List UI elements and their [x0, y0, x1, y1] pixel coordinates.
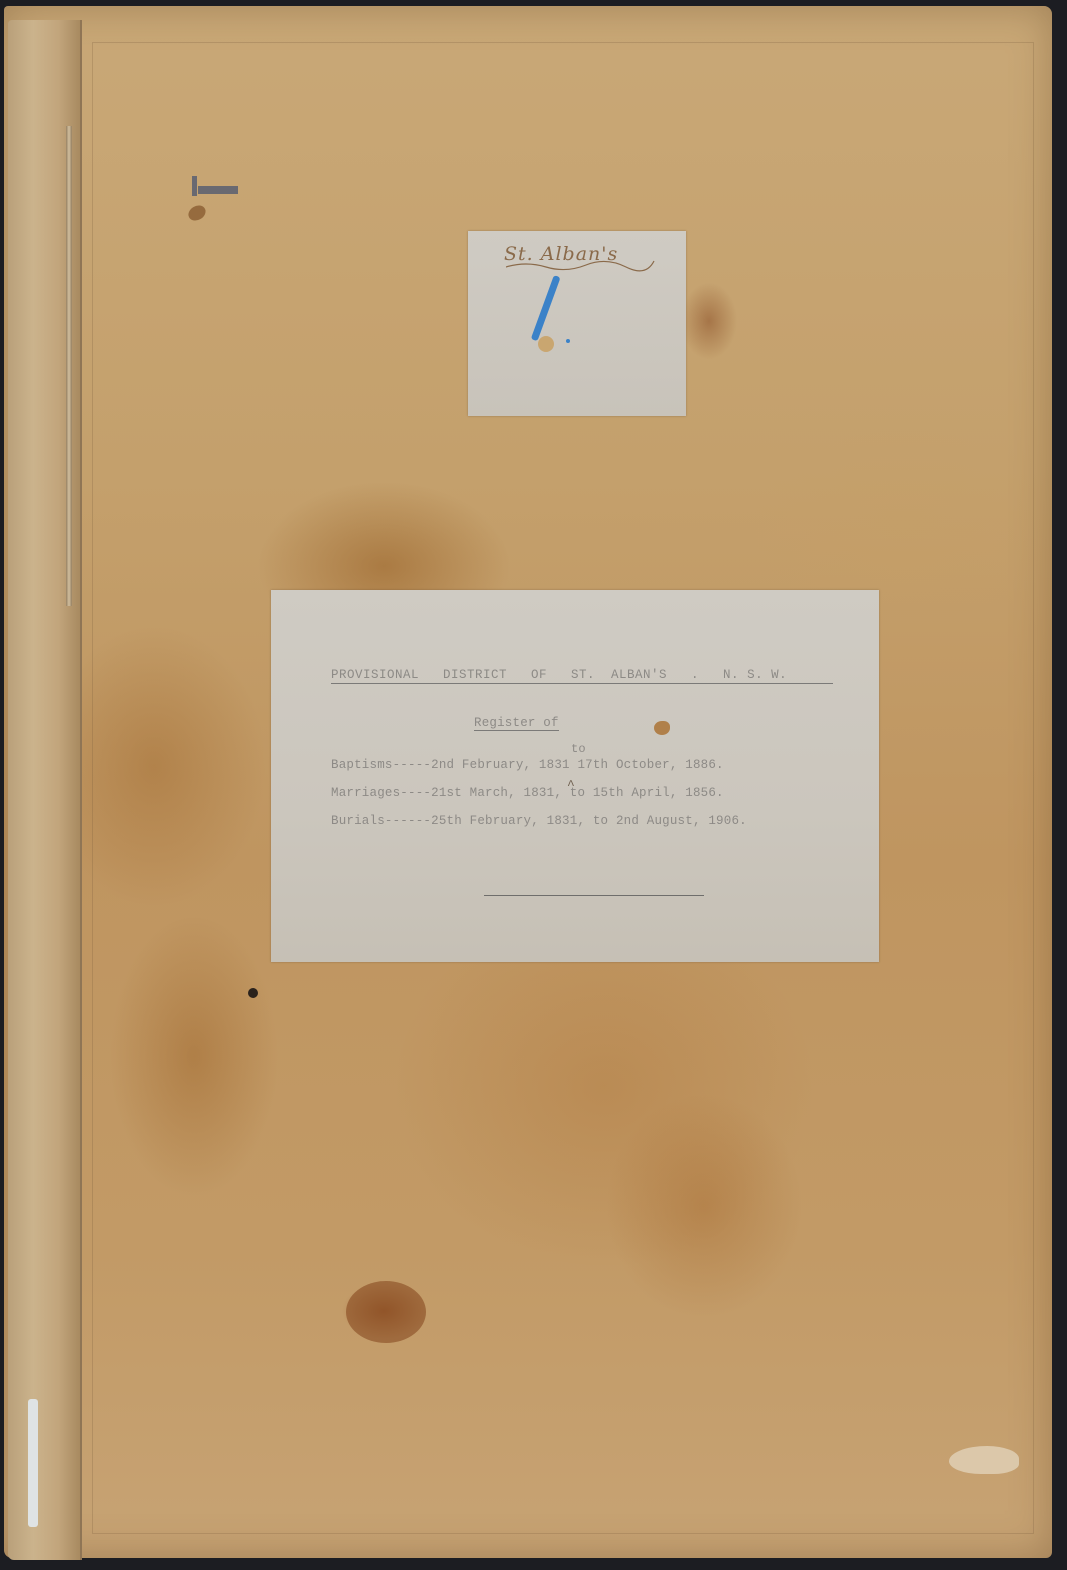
entry-marriages: Marriages----21st March, 1831, to 15th A…: [331, 786, 724, 800]
stain: [538, 336, 554, 352]
stain: [949, 1446, 1019, 1474]
insertion-to: to: [571, 742, 586, 756]
spine-shelf-tab: [28, 1399, 38, 1527]
entry-burials: Burials------25th February, 1831, to 2nd…: [331, 814, 747, 828]
register-cover: St. Alban's 1 PROVISIONAL DISTRICT OF ST…: [4, 6, 1052, 1558]
volume-number: 1: [542, 275, 556, 345]
ink-mark: [192, 176, 240, 198]
underline-flourish-icon: [506, 253, 656, 273]
stain: [186, 202, 209, 223]
spine-joint: [66, 126, 72, 606]
volume-number-stroke: [531, 275, 561, 341]
closing-rule: [484, 895, 704, 896]
volume-label: St. Alban's 1: [468, 231, 686, 416]
register-subheading: Register of: [474, 716, 559, 731]
register-label: PROVISIONAL DISTRICT OF ST. ALBAN'S . N.…: [271, 590, 879, 962]
district-heading: PROVISIONAL DISTRICT OF ST. ALBAN'S . N.…: [331, 668, 833, 684]
rust-spot: [654, 721, 670, 735]
stain: [346, 1281, 426, 1343]
stain: [248, 988, 258, 998]
volume-number-dot: [566, 339, 570, 343]
entry-baptisms: Baptisms-----2nd February, 1831 17th Oct…: [331, 758, 724, 772]
